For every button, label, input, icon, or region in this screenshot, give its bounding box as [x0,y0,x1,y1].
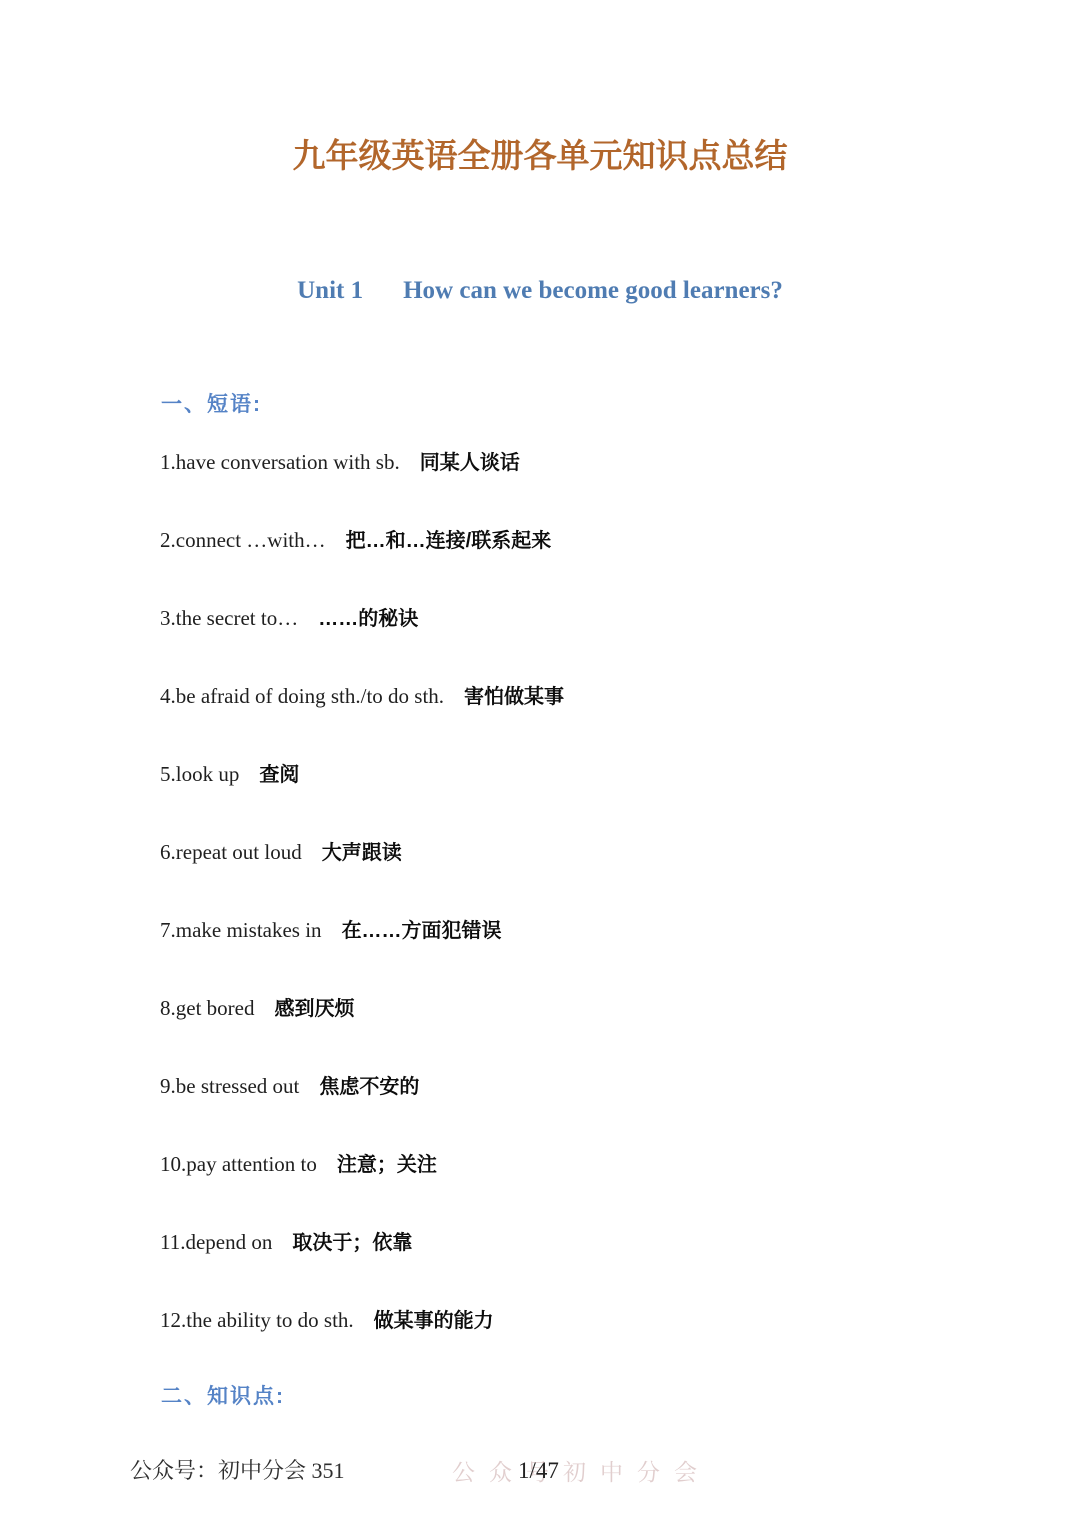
phrase-chinese: 大声跟读 [322,842,402,864]
phrase-row: 10.pay attention to注意；关注 [160,1149,1080,1182]
phrase-row: 4.be afraid of doing sth./to do sth.害怕做某… [160,681,1080,714]
phrase-english: 3.the secret to… [160,606,298,630]
phrase-row: 2.connect …with…把…和…连接/联系起来 [160,525,1080,558]
page-number: 1/47 [518,1456,559,1486]
footer-page-area: 公众号初中分会 1/47 [440,1456,760,1490]
phrase-chinese: 同某人谈话 [420,452,520,474]
phrase-row: 7.make mistakes in在……方面犯错误 [160,915,1080,948]
phrase-row: 6.repeat out loud大声跟读 [160,837,1080,870]
phrase-row: 12.the ability to do sth.做某事的能力 [160,1305,1080,1338]
phrase-chinese: 焦虑不安的 [319,1076,419,1098]
phrase-chinese: 在……方面犯错误 [342,920,502,942]
phrase-chinese: 查阅 [259,764,299,786]
phrase-english: 10.pay attention to [160,1152,317,1176]
phrase-row: 5.look up查阅 [160,759,1080,792]
document-title: 九年级英语全册各单元知识点总结 [0,0,1080,175]
phrase-english: 8.get bored [160,996,254,1020]
section-phrases-label: 一、短语: [161,391,1080,419]
phrase-chinese: 注意；关注 [337,1154,437,1176]
phrase-row: 11.depend on取决于；依靠 [160,1227,1080,1260]
phrase-row: 1.have conversation with sb.同某人谈话 [160,447,1080,480]
document-page: 九年级英语全册各单元知识点总结 Unit 1How can we become … [0,0,1080,1527]
phrase-chinese: 感到厌烦 [274,998,354,1020]
phrase-chinese: ……的秘诀 [318,608,418,630]
phrase-english: 7.make mistakes in [160,918,322,942]
phrase-english: 2.connect …with… [160,528,326,552]
phrase-chinese: 害怕做某事 [464,686,564,708]
phrase-english: 6.repeat out loud [160,840,302,864]
phrase-chinese: 把…和…连接/联系起来 [346,530,552,552]
phrase-chinese: 取决于；依靠 [292,1232,412,1254]
footer-account: 公众号：初中分会 351 [130,1456,345,1486]
unit-heading: Unit 1How can we become good learners? [0,275,1080,307]
phrase-row: 9.be stressed out焦虑不安的 [160,1071,1080,1104]
page-footer: 公众号：初中分会 351 公众号初中分会 1/47 [0,1456,1080,1490]
unit-question: How can we become good learners? [403,277,783,304]
phrase-english: 5.look up [160,762,239,786]
section-knowledge-label: 二、知识点: [161,1383,1080,1411]
phrase-row: 8.get bored感到厌烦 [160,993,1080,1026]
phrase-english: 9.be stressed out [160,1074,299,1098]
phrase-english: 12.the ability to do sth. [160,1308,354,1332]
phrase-english: 4.be afraid of doing sth./to do sth. [160,684,444,708]
phrase-english: 1.have conversation with sb. [160,450,400,474]
phrase-row: 3.the secret to………的秘诀 [160,603,1080,636]
phrase-chinese: 做某事的能力 [374,1310,494,1332]
phrase-list: 1.have conversation with sb.同某人谈话2.conne… [160,447,1080,1338]
phrase-english: 11.depend on [160,1230,272,1254]
unit-label: Unit 1 [297,277,363,304]
footer-watermark: 公众号初中分会 [452,1458,711,1488]
